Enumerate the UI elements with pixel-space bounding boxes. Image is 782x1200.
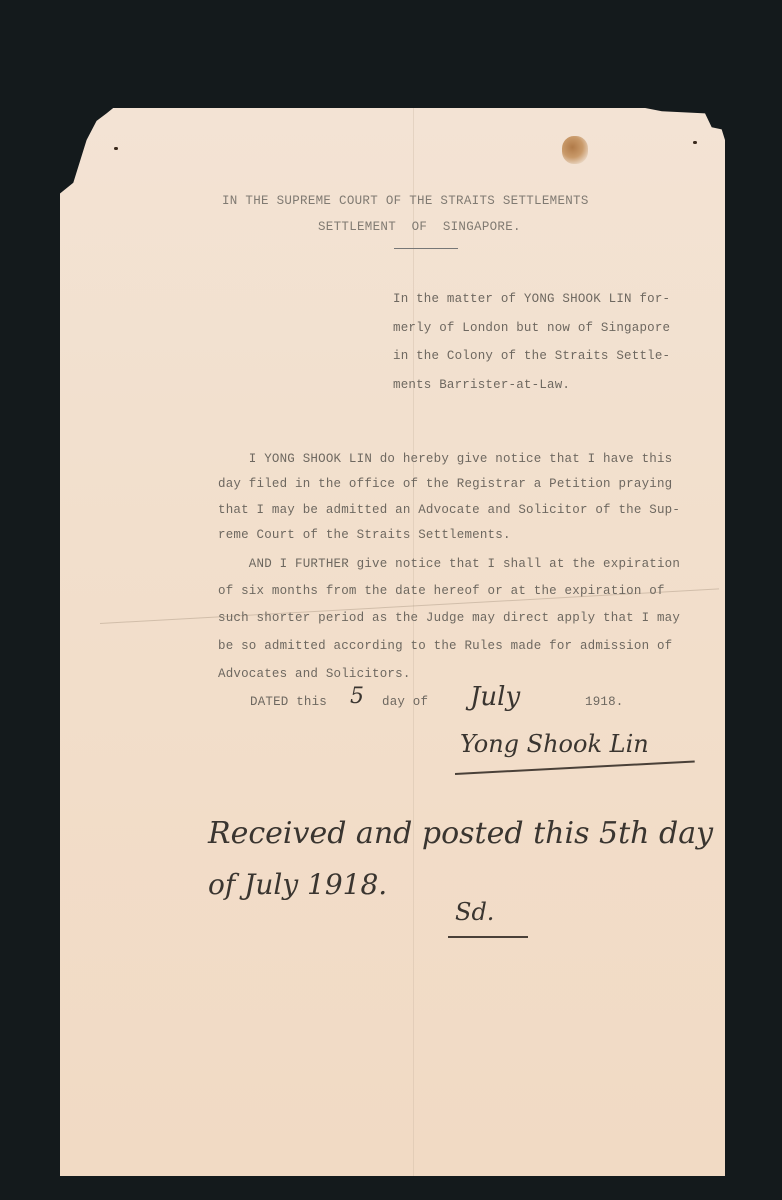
signature: Yong Shook Lin xyxy=(460,730,649,758)
speck xyxy=(114,147,118,150)
body-line: be so admitted according to the Rules ma… xyxy=(218,640,672,653)
dated-middle: day of xyxy=(382,696,428,709)
court-heading: IN THE SUPREME COURT OF THE STRAITS SETT… xyxy=(222,194,589,208)
settlement-heading: SETTLEMENT OF SINGAPORE. xyxy=(318,220,521,234)
matter-line: in the Colony of the Straits Settle- xyxy=(393,350,670,363)
endorsement-initials: Sd. xyxy=(455,898,494,926)
body-line: that I may be admitted an Advocate and S… xyxy=(218,504,680,517)
matter-line: In the matter of YONG SHOOK LIN for- xyxy=(393,293,670,306)
stain-mark xyxy=(562,136,588,164)
initials-underline xyxy=(448,936,528,938)
endorsement-line1: Received and posted this 5th day xyxy=(208,816,713,851)
signature-underline xyxy=(455,760,695,774)
matter-line: merly of London but now of Singapore xyxy=(393,322,670,335)
body-line: such shorter period as the Judge may dir… xyxy=(218,612,680,625)
document-page: IN THE SUPREME COURT OF THE STRAITS SETT… xyxy=(60,108,725,1176)
body-line: reme Court of the Straits Settlements. xyxy=(218,529,511,542)
dated-year: 1918. xyxy=(585,696,624,709)
body-line: day filed in the office of the Registrar… xyxy=(218,478,672,491)
body-line: I YONG SHOOK LIN do hereby give notice t… xyxy=(218,453,672,466)
matter-line: ments Barrister-at-Law. xyxy=(393,379,570,392)
body-line: Advocates and Solicitors. xyxy=(218,668,411,681)
body-line: AND I FURTHER give notice that I shall a… xyxy=(218,558,680,571)
speck xyxy=(693,141,697,144)
dated-prefix: DATED this xyxy=(250,696,327,709)
dated-day: 5 xyxy=(350,684,364,709)
endorsement-line2: of July 1918. xyxy=(208,868,387,901)
body-line: of six months from the date hereof or at… xyxy=(218,585,665,598)
heading-rule xyxy=(394,248,458,249)
dated-month: July xyxy=(470,682,520,712)
